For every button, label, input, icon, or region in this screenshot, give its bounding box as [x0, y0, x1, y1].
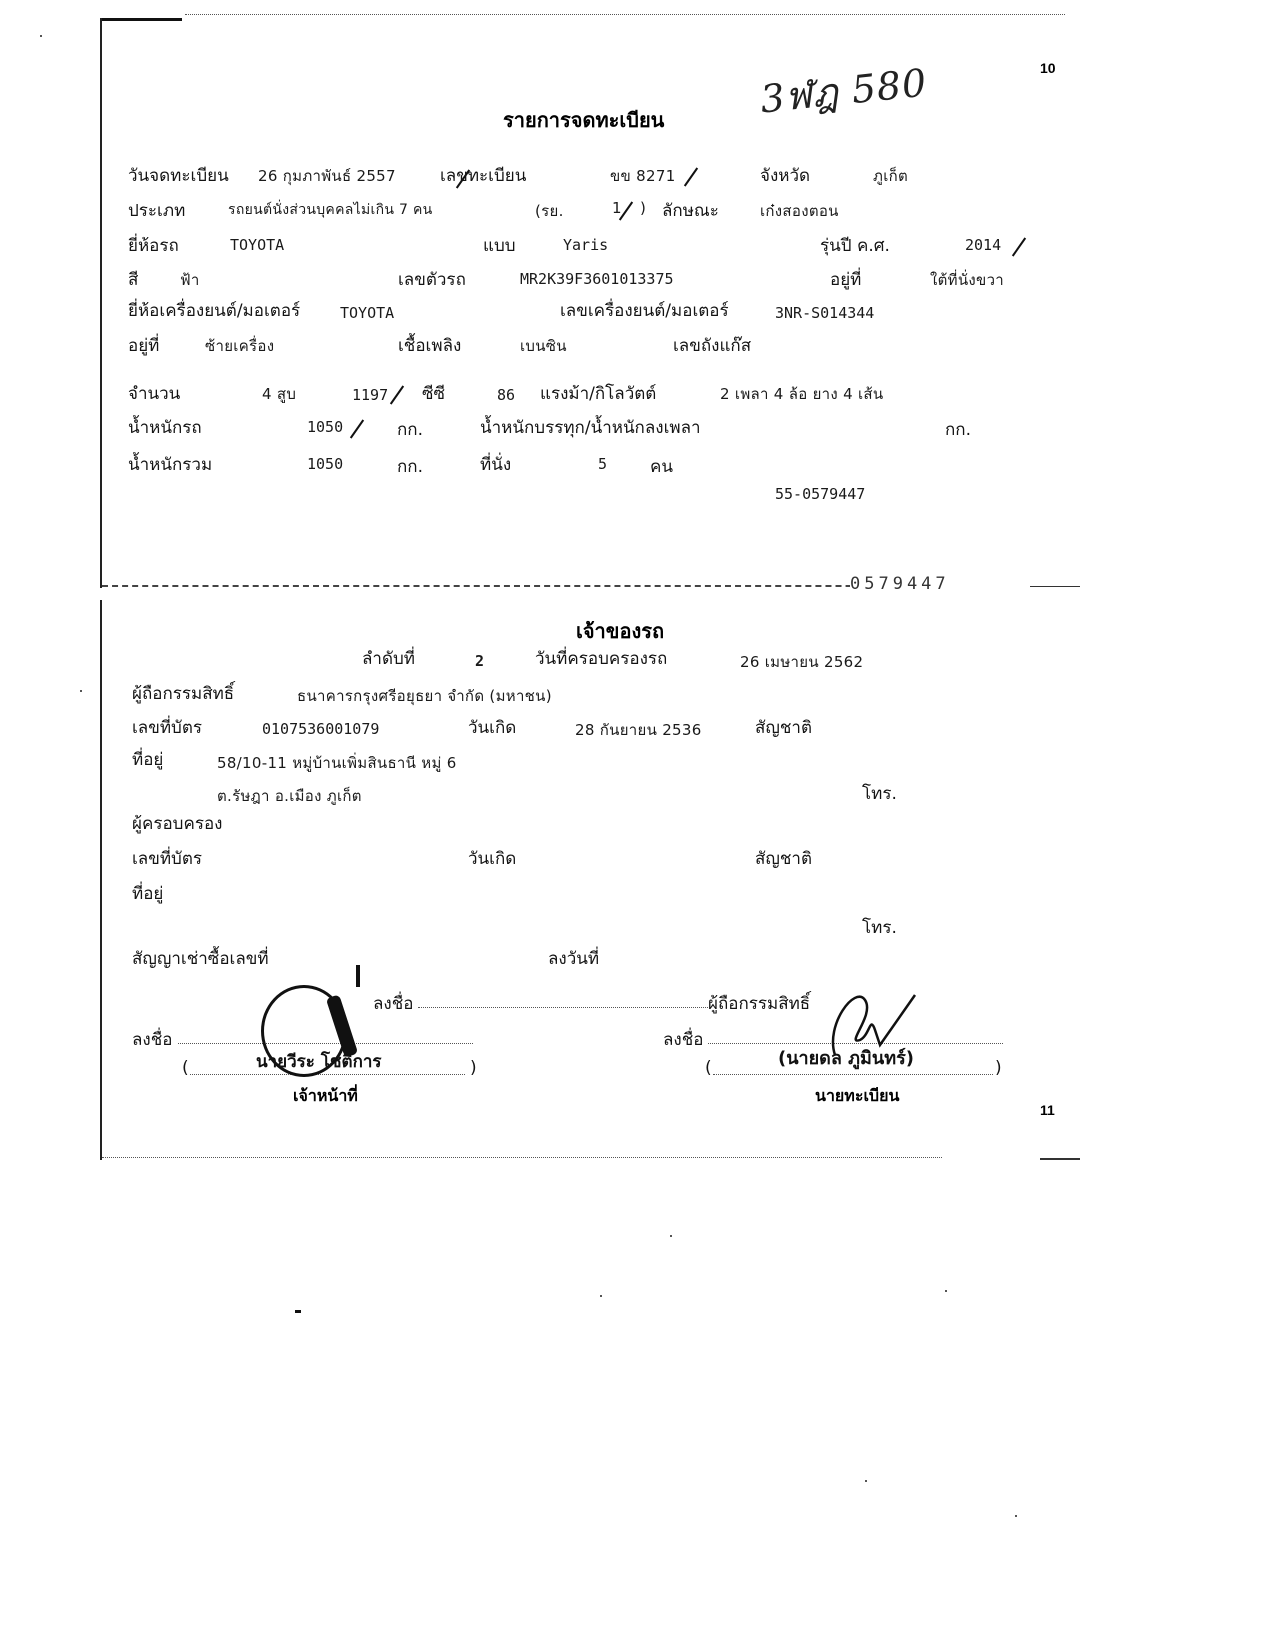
scan-speck — [600, 1295, 602, 1297]
color: ฟ้า — [180, 268, 200, 292]
registrar-paren-open: ( — [705, 1058, 712, 1078]
plate-label: เลขทะเบียน — [440, 162, 526, 189]
sign-date-label: ลงวันที่ — [548, 945, 599, 972]
engine-number: 3NR-S014344 — [775, 304, 874, 322]
type-code-close: ) — [640, 199, 646, 217]
model-year-label: รุ่นปี ค.ศ. — [820, 232, 890, 259]
holder-name: ธนาคารกรุงศรีอยุธยา จำกัด (มหาชน) — [297, 684, 552, 708]
possessor-nationality-label: สัญชาติ — [755, 845, 812, 872]
possession-date-label: วันที่ครอบครองรถ — [535, 645, 667, 672]
load-weight-unit: กก. — [945, 416, 971, 443]
province: ภูเก็ต — [873, 164, 908, 188]
hire-purchase-label: สัญญาเช่าซื้อเลขที่ — [132, 945, 269, 972]
officer-name-line — [190, 1074, 465, 1075]
officer-paren-close: ) — [470, 1058, 477, 1078]
owner-id-label: เลขที่บัตร — [132, 714, 202, 741]
chassis-label: เลขตัวรถ — [398, 266, 466, 293]
holder-sign-line — [418, 1007, 708, 1008]
order-number: 2 — [475, 652, 484, 670]
owner-title: เจ้าของรถ — [576, 615, 664, 647]
model-label: แบบ — [483, 232, 516, 259]
owner-address-label: ที่อยู่ — [132, 746, 163, 773]
holder-sign-label: ลงชื่อ — [373, 990, 413, 1017]
scan-speck — [945, 1290, 947, 1292]
registrar-name-line — [713, 1074, 993, 1075]
left-border-bottom — [100, 600, 102, 1160]
scan-speck — [295, 1310, 301, 1313]
model: Yaris — [563, 236, 608, 254]
model-year: 2014 — [965, 236, 1001, 254]
possessor-label: ผู้ครอบครอง — [132, 810, 222, 837]
possessor-phone-label: โทร. — [862, 914, 897, 941]
top-border — [102, 18, 182, 21]
vehicle-weight: 1050 — [307, 418, 343, 436]
registrar-paren-close: ) — [995, 1058, 1002, 1078]
engine-power: 86 — [497, 386, 515, 404]
gross-weight: 1050 — [307, 455, 343, 473]
engine-brand: TOYOTA — [340, 304, 394, 322]
scan-speck — [1015, 1515, 1017, 1517]
weight-label: น้ำหนักรถ — [128, 414, 202, 441]
officer-sign-label: ลงชื่อ — [132, 1026, 172, 1053]
power-label: แรงม้า/กิโลวัตต์ — [540, 380, 656, 407]
scan-speck — [40, 35, 42, 37]
color-label: สี — [128, 266, 138, 293]
province-label: จังหวัด — [760, 162, 810, 189]
engine-location: ซ้ายเครื่อง — [205, 334, 274, 358]
possessor-id-label: เลขที่บัตร — [132, 845, 202, 872]
owner-address-line2: ต.รัษฎา อ.เมือง ภูเก็ต — [217, 784, 362, 808]
owner-id: 0107536001079 — [262, 720, 379, 738]
document-serial: 55-0579447 — [775, 485, 865, 503]
cylinders-label: จำนวน — [128, 380, 180, 407]
engine-location-label: อยู่ที่ — [128, 332, 159, 359]
gross-weight-unit: กก. — [397, 453, 423, 480]
seats-unit: คน — [650, 453, 673, 480]
chassis-number: MR2K39F3601013375 — [520, 270, 674, 288]
possessor-birth-label: วันเกิด — [468, 845, 516, 872]
type-code-open: (รย. — [535, 199, 564, 223]
check-mark — [390, 385, 404, 404]
registrar-signature-icon — [825, 985, 925, 1065]
seats-label: ที่นั่ง — [480, 451, 511, 478]
scan-speck — [865, 1480, 867, 1482]
seats: 5 — [598, 455, 607, 473]
cc-label: ซีซี — [422, 380, 445, 407]
perforation-line-right — [1030, 586, 1080, 587]
perforation-line — [102, 585, 942, 587]
owner-birth: 28 กันยายน 2536 — [575, 718, 702, 742]
possessor-address-label: ที่อยู่ — [132, 880, 163, 907]
holder-sign-role: ผู้ถือกรรมสิทธิ์ — [708, 990, 810, 1017]
registrar-sign-label: ลงชื่อ — [663, 1026, 703, 1053]
bottom-page-number: 11 — [1040, 1102, 1055, 1118]
cylinders: 4 สูบ — [262, 382, 296, 406]
officer-paren-open: ( — [182, 1058, 189, 1078]
check-mark — [684, 167, 698, 186]
top-page-number: 10 — [1040, 60, 1056, 76]
fuel-label: เชื้อเพลิง — [398, 332, 461, 359]
body-style: เก๋งสองตอน — [760, 199, 839, 223]
registration-title: รายการจดทะเบียน — [503, 104, 664, 136]
owner-nationality-label: สัญชาติ — [755, 714, 812, 741]
check-mark — [350, 419, 364, 438]
type-code: 1 — [612, 199, 622, 217]
officer-role: เจ้าหน้าที่ — [293, 1084, 358, 1109]
possession-date: 26 เมษายน 2562 — [740, 650, 863, 674]
officer-signature-mark — [356, 965, 360, 987]
scan-speck — [80, 690, 82, 692]
chassis-location-label: อยู่ที่ — [830, 266, 861, 293]
order-label: ลำดับที่ — [362, 645, 415, 672]
registration-date-label: วันจดทะเบียน — [128, 162, 229, 189]
registrar-role: นายทะเบียน — [815, 1084, 899, 1109]
holder-label: ผู้ถือกรรมสิทธิ์ — [132, 680, 234, 707]
top-border-faint — [185, 14, 1065, 15]
type-label: ประเภท — [128, 197, 185, 224]
plate: ขข 8271 — [610, 164, 676, 188]
gas-tank-label: เลขถังแก๊ส — [673, 332, 751, 359]
weight-unit: กก. — [397, 416, 423, 443]
axles-wheels-tires: 2 เพลา 4 ล้อ ยาง 4 เส้น — [720, 382, 883, 406]
engine-number-label: เลขเครื่องยนต์/มอเตอร์ — [560, 297, 729, 324]
bottom-border-right — [1040, 1158, 1080, 1160]
engine-brand-label: ยี่ห้อเครื่องยนต์/มอเตอร์ — [128, 297, 300, 324]
bottom-border — [102, 1157, 942, 1158]
load-weight-label: น้ำหนักบรรทุก/น้ำหนักลงเพลา — [480, 414, 701, 441]
brand-label: ยี่ห้อรถ — [128, 232, 179, 259]
vehicle-type: รถยนต์นั่งส่วนบุคคลไม่เกิน 7 คน — [228, 199, 433, 221]
perforation-serial: 0579447 — [850, 574, 950, 594]
brand: TOYOTA — [230, 236, 284, 254]
scan-speck — [670, 1235, 672, 1237]
engine-cc: 1197 — [352, 386, 388, 404]
left-border-top — [100, 18, 102, 588]
style-label: ลักษณะ — [662, 197, 719, 224]
check-mark — [1012, 237, 1026, 256]
gross-weight-label: น้ำหนักรวม — [128, 451, 212, 478]
owner-birth-label: วันเกิด — [468, 714, 516, 741]
chassis-location: ใต้ที่นั่งขวา — [930, 268, 1004, 292]
owner-address-line1: 58/10-11 หมู่บ้านเพิ่มสินธานี หมู่ 6 — [217, 751, 457, 775]
fuel: เบนซิน — [520, 334, 567, 358]
registration-date: 26 กุมภาพันธ์ 2557 — [258, 164, 396, 188]
handwritten-annotation: 3ฬฎ 580 — [757, 51, 930, 129]
owner-phone-label: โทร. — [862, 780, 897, 807]
